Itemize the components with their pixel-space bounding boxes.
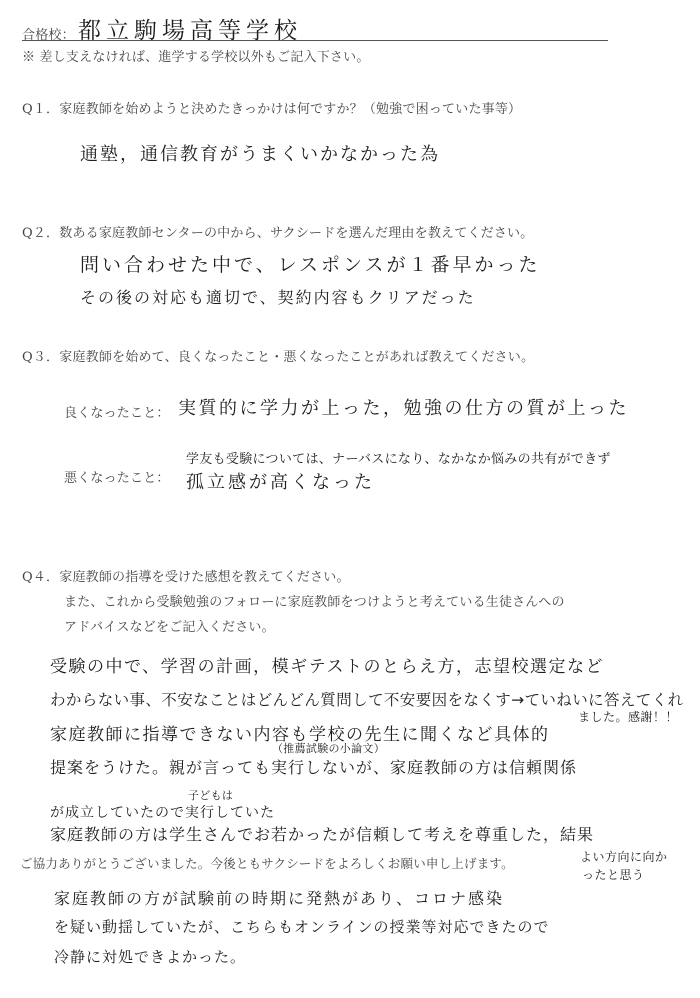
question-3-label: Q３．家庭教師を始めて、良くなったこと・悪くなったことがあれば教えてください。 [22, 346, 534, 365]
question-3-good-label: 良くなったこと： [64, 402, 170, 421]
header-note: ※ 差し支えなければ、進学する学校以外もご記入下さい。 [22, 46, 370, 65]
question-4-annotation-parenthetical: （推薦試験の小論文） [272, 740, 385, 756]
question-3-good-answer: 実質的に学力が上った，勉強の仕方の質が上った [178, 394, 629, 420]
school-underline [22, 40, 608, 41]
question-4-label-line-1: Q４．家庭教師の指導を受けた感想を教えてください。 [22, 566, 350, 585]
question-4-answer-line-4: 提案をうけた。親が言っても実行しないが、家庭教師の方は信頼関係 [50, 755, 577, 778]
question-4-answer-line-5: が成立していたので実行していた [50, 802, 275, 822]
question-4-answer-line-8: を疑い動揺していたが、こちらもオンラインの授業等対応できたので [54, 916, 550, 937]
question-4-label-line-2: また、これから受験勉強のフォローに家庭教師をつけようと考えている生徒さんへの [64, 591, 565, 610]
question-3-bad-answer-line-2: 孤立感が高くなった [186, 468, 375, 494]
question-4-annotation-thanks: ました。感謝！！ [578, 708, 678, 725]
question-3-bad-label: 悪くなったこと： [64, 467, 170, 486]
question-4-side-note-2: ったと思う [582, 866, 645, 883]
question-4-annotation-insert-child: 子どもは [188, 787, 233, 803]
question-4-answer-line-6: 家庭教師の方は学生さんでお若かったが信頼して考えを尊重した，結果 [50, 822, 594, 845]
question-4-answer-line-1: 受験の中で、学習の計画，模ギテストのとらえ方，志望校選定など [50, 652, 604, 677]
question-4-label-line-3: アドバイスなどをご記入ください。 [64, 616, 275, 635]
question-4-side-note-1: よい方向に向か [580, 848, 668, 865]
question-4-answer-line-2: わからない事、不安なことはどんどん質問して不安要因をなくす→ていねいに答えてくれ [50, 688, 684, 710]
question-1-label: Q１．家庭教師を始めようと決めたきっかけは何ですか？（勉強で困っていた事等） [22, 98, 521, 117]
question-2-label: Q２．数ある家庭教師センターの中から、サクシードを選んだ理由を教えてください。 [22, 222, 533, 241]
question-2-answer-line-1: 問い合わせた中で、レスポンスが１番早かった [80, 250, 540, 277]
question-4-answer-line-9: 冷静に対処できよかった。 [54, 946, 246, 967]
question-4-answer-line-7: 家庭教師の方が試験前の時期に発熱があり、コロナ感染 [54, 886, 504, 909]
question-1-answer: 通塾，通信教育がうまくいかなかった為 [80, 140, 440, 166]
question-2-answer-line-2: その後の対応も適切で、契約内容もクリアだった [80, 285, 476, 308]
question-3-bad-answer-line-1: 学友も受験については、ナーバスになり、なかなか悩みの共有ができず [186, 448, 611, 467]
closing-message: ご協力ありがとうございました。今後ともサクシードをよろしくお願い申し上げます。 [20, 854, 514, 872]
